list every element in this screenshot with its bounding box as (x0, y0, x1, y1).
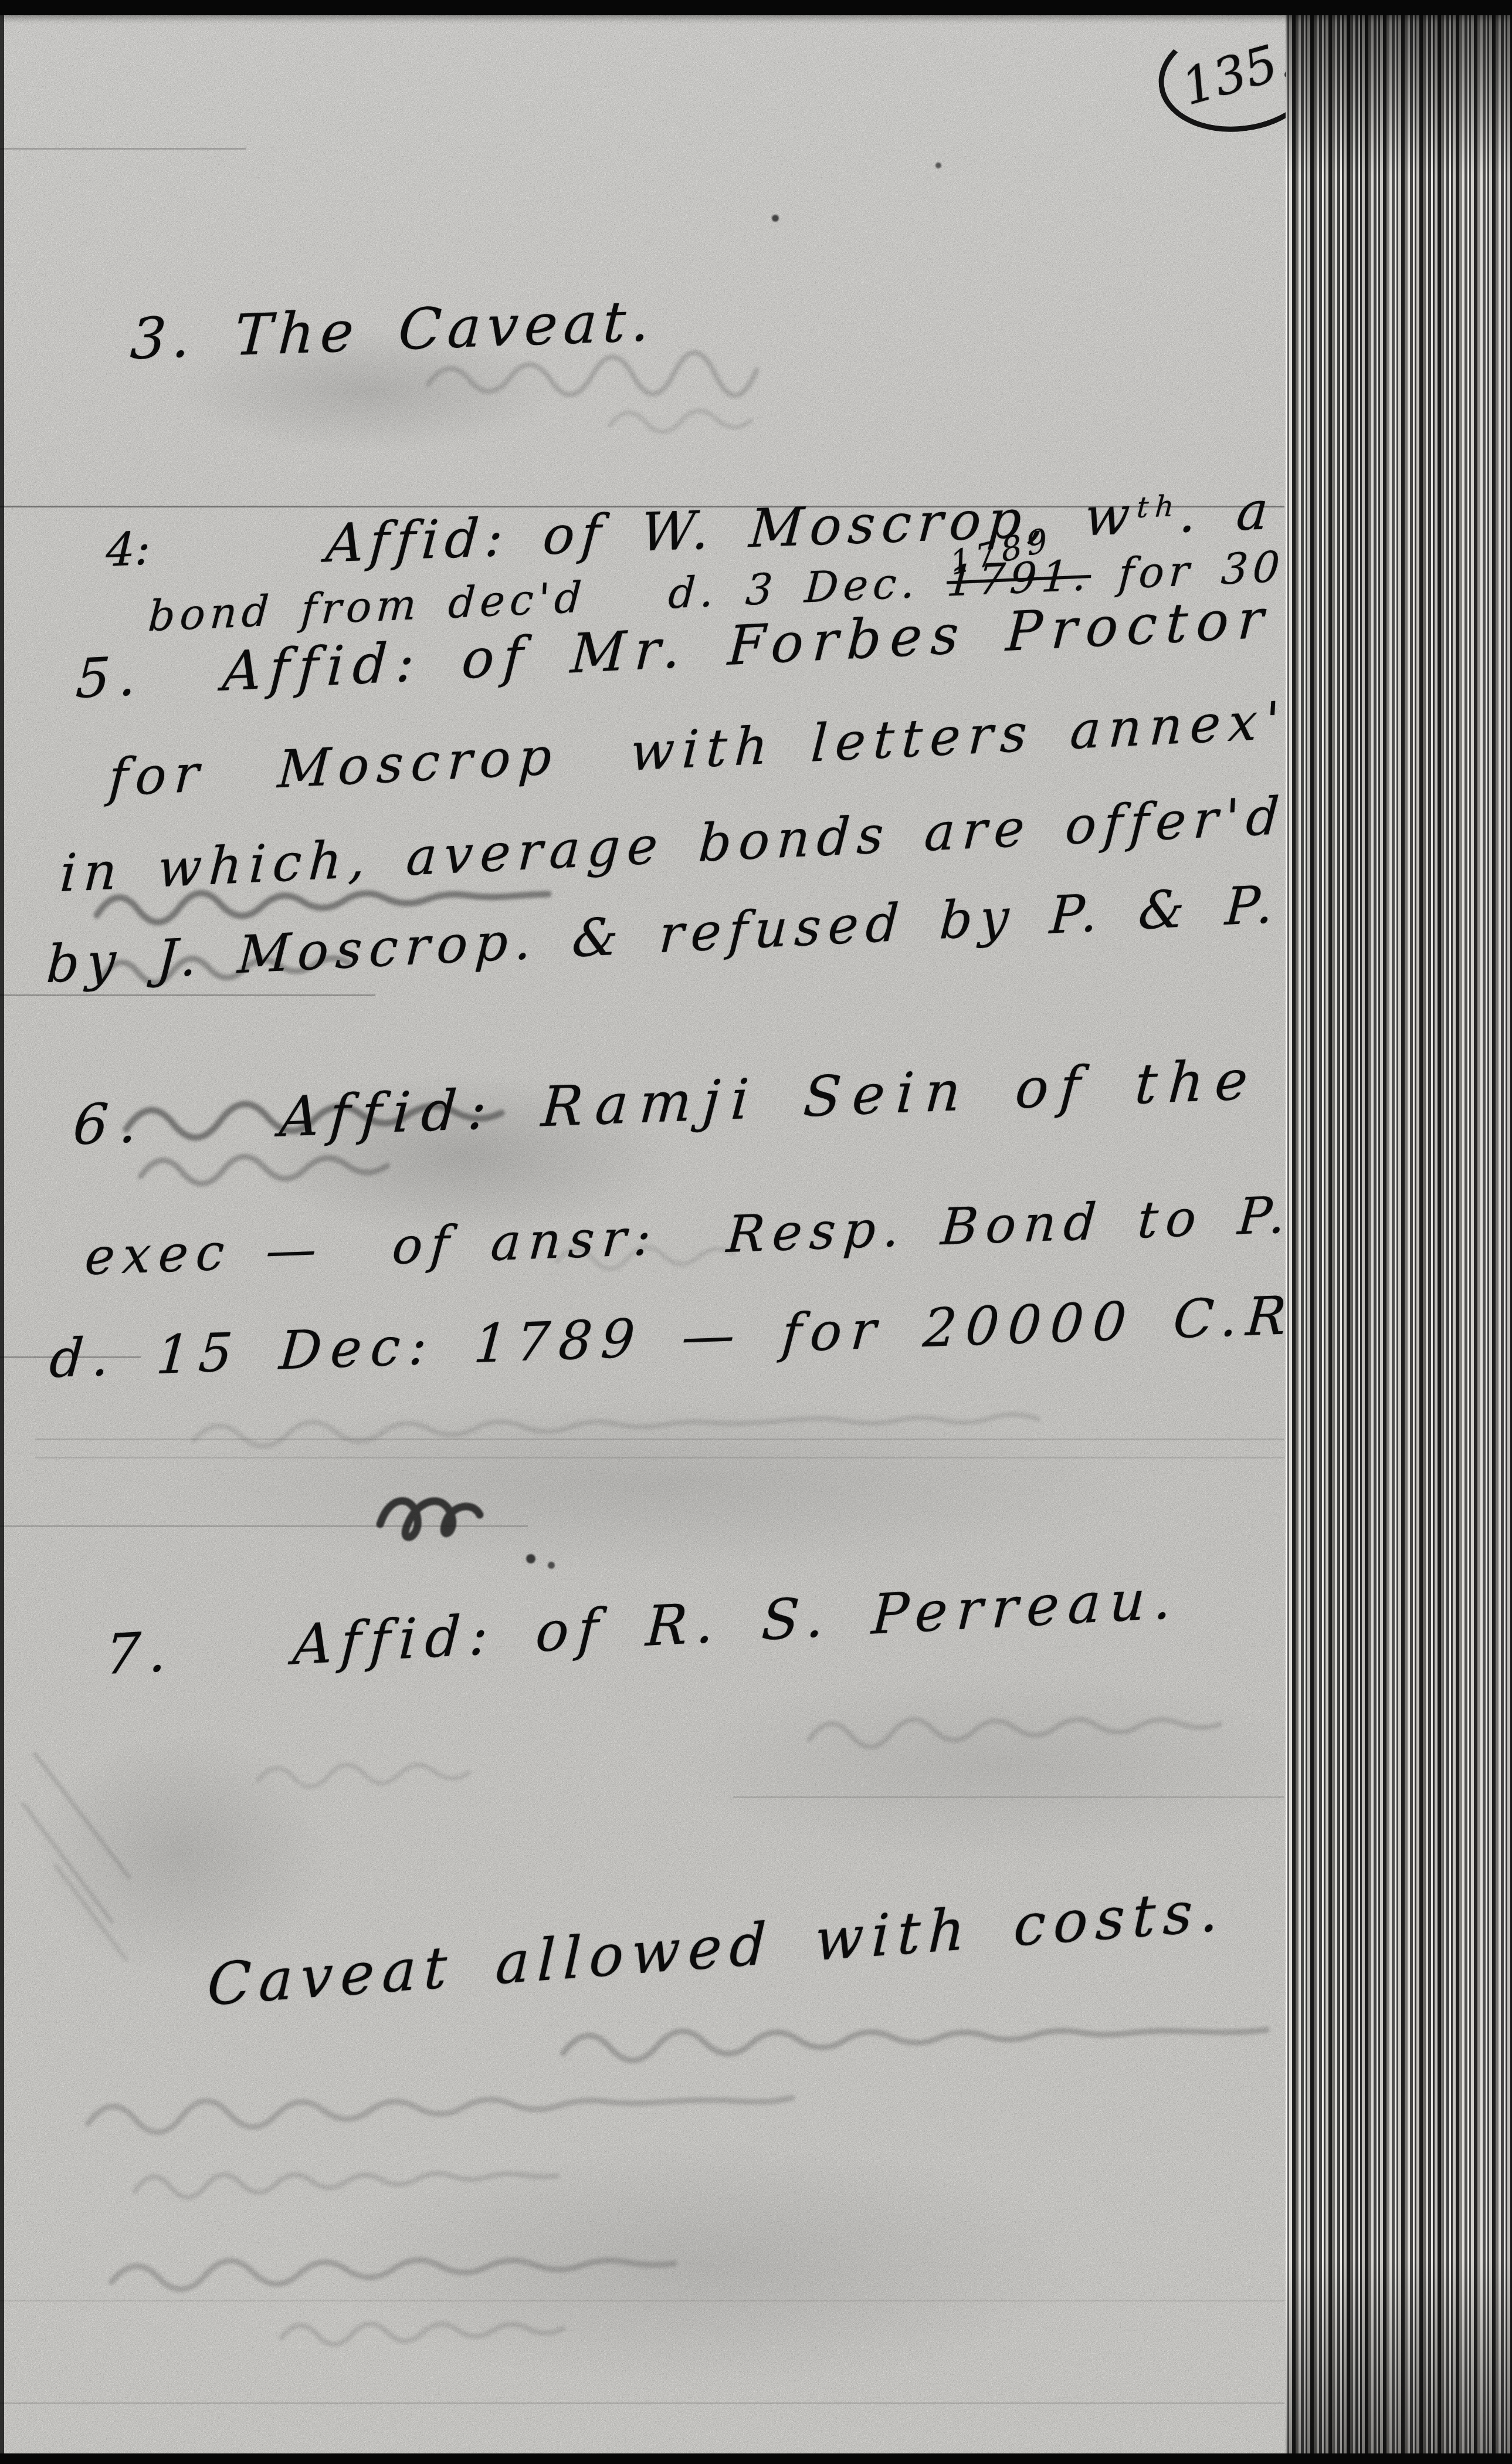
ghost-stroke (35, 1754, 129, 1877)
ghost-stroke (141, 1156, 387, 1183)
ghost-stroke (135, 2174, 557, 2198)
section-heading: 3. The Caveat. (129, 293, 657, 367)
stain (35, 1731, 328, 1977)
scan-border-bottom (0, 2453, 1512, 2464)
ghost-stroke (610, 411, 751, 432)
scan-border-top (0, 0, 1512, 15)
stain (323, 2141, 1085, 2388)
scan-artifact-line (0, 2402, 1284, 2404)
ink-dot (772, 215, 779, 222)
date-correction: 17891791. (945, 554, 1092, 603)
ghost-stroke (194, 1414, 1038, 1446)
entry6-line1: 6. Affid: Ramji Sein of the (72, 1052, 1261, 1153)
scan-border-left (0, 0, 4, 2464)
ghost-stroke (809, 1720, 1220, 1747)
scan-artifact-line (0, 2300, 1284, 2301)
ghost-stroke (258, 1765, 469, 1787)
ink-dot (935, 163, 941, 168)
entry7-line1: 7. Affid: of R. S. Perreau. (104, 1572, 1182, 1683)
ink-doodle (380, 1501, 480, 1537)
ghost-stroke (56, 1866, 126, 1959)
ghost-stroke (23, 1804, 111, 1921)
ruling-line: Caveat allowed with costs. (206, 1881, 1227, 2014)
entry6-line3: d. 15 Dec: 1789 — for 20000 C.R. (48, 1288, 1323, 1386)
scan-artifact-line (35, 1439, 1284, 1440)
ghost-stroke (111, 2260, 674, 2289)
ghost-stroke (563, 2030, 1267, 2060)
ghost-stroke (88, 2098, 792, 2133)
scan-artifact-line (733, 1796, 1284, 1798)
scan-artifact-line (0, 994, 375, 996)
entry5-line2: for Moscrop with letters annex'd, (107, 691, 1353, 804)
book-binding-edge (1286, 0, 1512, 2464)
scan-artifact-line (0, 1525, 528, 1527)
scan-artifact-line (35, 1457, 1284, 1458)
page-number: 135. (1176, 30, 1300, 117)
stain (674, 1672, 1320, 1860)
ink-dot (548, 1562, 555, 1569)
manuscript-scan: { "scan": { "page_number": "135.", "head… (0, 0, 1512, 2464)
stain (152, 1396, 1150, 1572)
scan-artifact-line (0, 148, 246, 150)
entry6-line2: exec — of ansr: Resp. Bond to P.&P. (83, 1186, 1402, 1283)
ghost-stroke (282, 2324, 563, 2344)
ink-dot (526, 1554, 535, 1563)
